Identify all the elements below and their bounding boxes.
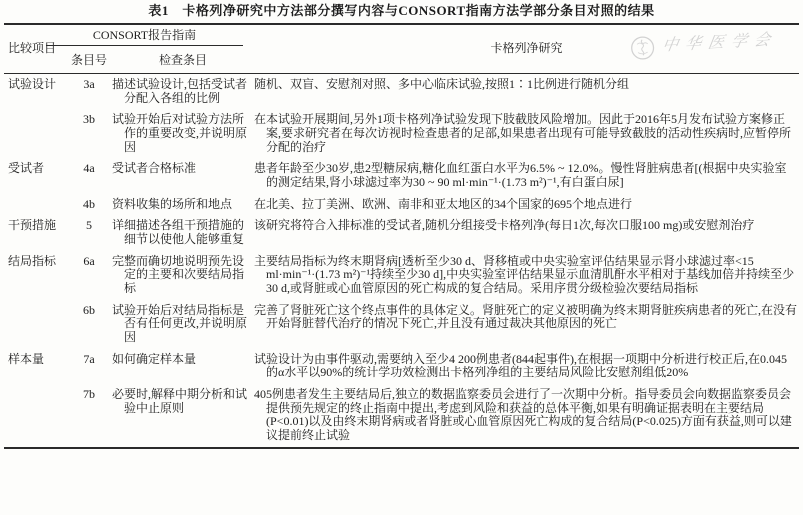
cell-category [4,113,66,154]
table-title: 表1 卡格列净研究中方法部分撰写内容与CONSORT指南方法学部分条目对照的结果 [0,0,803,23]
cell-item-no: 6a [66,255,112,296]
cell-study: 随机、双盲、安慰剂对照、多中心临床试验,按照1∶1比例进行随机分组 [254,78,799,105]
header-study-column: 卡格列净研究 [254,42,799,56]
cell-category [4,304,66,345]
table-row-6b: 6b 试验开始后对结局指标是否有任何更改,并说明原因 完善了肾脏死亡这个终点事件… [4,300,799,349]
cell-study: 该研究将符合入排标准的受试者,随机分组接受卡格列净(每日1次,每次口服100 m… [254,219,799,246]
header-consort-group: CONSORT报告指南 [46,29,243,46]
cell-checklist: 必要时,解释中期分析和试验中止原则 [112,388,254,443]
table-body: 试验设计 3a 描述试验设计,包括受试者分配入各组的比例 随机、双盲、安慰剂对照… [4,74,799,447]
table-row-7a: 样本量 7a 如何确定样本量 试验设计为由事件驱动,需要纳入至少4 200例患者… [4,349,799,384]
cell-category: 受试者 [4,162,66,189]
table-row-6a: 结局指标 6a 完整而确切地说明预先设定的主要和次要结局指标 主要结局指标为终末… [4,251,799,300]
cell-item-no: 5 [66,219,112,246]
cell-checklist: 描述试验设计,包括受试者分配入各组的比例 [112,78,254,105]
cell-item-no: 7a [66,353,112,380]
cell-item-no: 6b [66,304,112,345]
cell-item-no: 3b [66,113,112,154]
header-item-no: 条目号 [66,54,112,68]
cell-item-no: 4b [66,198,112,212]
cell-item-no: 3a [66,78,112,105]
cell-checklist: 资料收集的场所和地点 [112,198,254,212]
cell-checklist: 如何确定样本量 [112,353,254,380]
cell-checklist: 试验开始后对试验方法所作的重要改变,并说明原因 [112,113,254,154]
header-consort-block: CONSORT报告指南 条目号 检查条目 [66,25,254,73]
cell-study: 患者年龄至少30岁,患2型糖尿病,糖化血红蛋白水平为6.5% ~ 12.0%。慢… [254,162,799,189]
cell-study: 在本试验开展期间,另外1项卡格列净试验发现下肢截肢风险增加。因此于2016年5月… [254,113,799,154]
table-row-4a: 受试者 4a 受试者合格标准 患者年龄至少30岁,患2型糖尿病,糖化血红蛋白水平… [4,158,799,193]
cell-category: 干预措施 [4,219,66,246]
table-header: 比较项目 CONSORT报告指南 条目号 检查条目 卡格列净研究 [4,25,799,74]
table-row-3a: 试验设计 3a 描述试验设计,包括受试者分配入各组的比例 随机、双盲、安慰剂对照… [4,74,799,109]
cell-item-no: 4a [66,162,112,189]
table-row-7b: 7b 必要时,解释中期分析和试验中止原则 405例患者发生主要结局后,独立的数据… [4,384,799,447]
cell-checklist: 详细描述各组干预措施的细节以使他人能够重复 [112,219,254,246]
header-consort-subrow: 条目号 检查条目 [66,54,254,68]
cell-category [4,388,66,443]
consort-comparison-table: 比较项目 CONSORT报告指南 条目号 检查条目 卡格列净研究 试验设计 3a… [4,23,799,449]
cell-study: 在北美、拉丁美洲、欧洲、南非和亚太地区的34个国家的695个地点进行 [254,198,799,212]
cell-category [4,198,66,212]
cell-study: 405例患者发生主要结局后,独立的数据监察委员会进行了一次期中分析。指导委员会向… [254,388,799,443]
cell-checklist: 受试者合格标准 [112,162,254,189]
cell-category: 试验设计 [4,78,66,105]
header-check-item: 检查条目 [112,54,254,68]
cell-study: 主要结局指标为终末期肾病[透析至少30 d、肾移植或中央实验室评估结果显示肾小球… [254,255,799,296]
table-row-5: 干预措施 5 详细描述各组干预措施的细节以使他人能够重复 该研究将符合入排标准的… [4,215,799,250]
cell-study: 试验设计为由事件驱动,需要纳入至少4 200例患者(844起事件),在根据一项期… [254,353,799,380]
cell-item-no: 7b [66,388,112,443]
table-row-4b: 4b 资料收集的场所和地点 在北美、拉丁美洲、欧洲、南非和亚太地区的34个国家的… [4,194,799,216]
cell-category: 结局指标 [4,255,66,296]
cell-category: 样本量 [4,353,66,380]
cell-checklist: 完整而确切地说明预先设定的主要和次要结局指标 [112,255,254,296]
cell-study: 完善了肾脏死亡这个终点事件的具体定义。肾脏死亡的定义被明确为终末期肾脏疾病患者的… [254,304,799,345]
cell-checklist: 试验开始后对结局指标是否有任何更改,并说明原因 [112,304,254,345]
table-row-3b: 3b 试验开始后对试验方法所作的重要改变,并说明原因 在本试验开展期间,另外1项… [4,109,799,158]
